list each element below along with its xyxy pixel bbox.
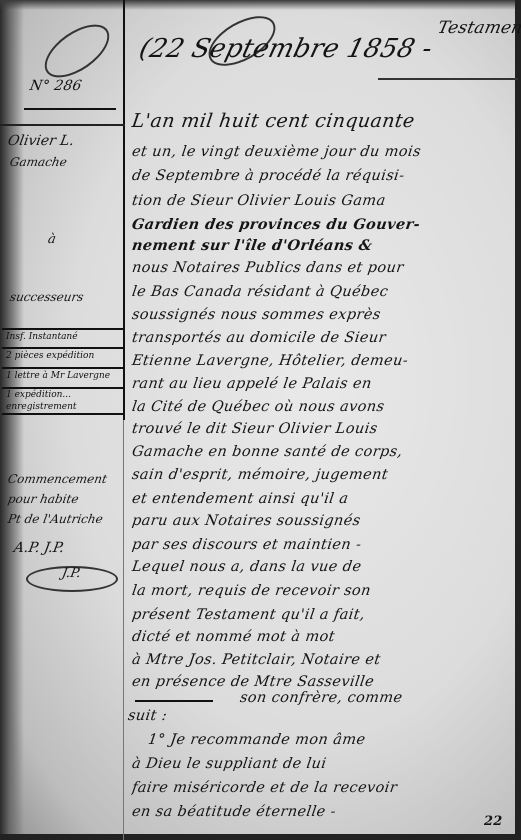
scan-right-edge [515, 0, 521, 840]
initials-1: A.P. J.P. [13, 540, 66, 556]
scan-left-shadow [0, 0, 24, 840]
body-line: Gardien des provinces du Gouver- [131, 216, 513, 233]
act-type: Testament [436, 18, 521, 38]
header-rule [0, 124, 125, 126]
register-box-3: 1 lettre à Mr Lavergne [2, 367, 123, 385]
party-name-line1: Olivier L. [7, 133, 76, 149]
body-line: et un, le vingt deuxième jour du mois [131, 144, 513, 160]
body-line: tion de Sieur Olivier Louis Gama [131, 193, 513, 209]
body-line: en sa béatitude éternelle - [131, 804, 513, 820]
body-line: soussignés nous sommes exprès [131, 307, 513, 323]
body-line: à Mtre Jos. Petitclair, Notaire et [131, 652, 513, 668]
register-box-1: Insf. Instantané [2, 328, 123, 346]
body-line: nous Notaires Publics dans et pour [131, 260, 513, 276]
body-line: 1° Je recommande mon âme [147, 732, 521, 748]
body-line: à Dieu le suppliant de lui [131, 756, 513, 772]
body-line: le Bas Canada résidant à Québec [131, 284, 513, 300]
body-line: paru aux Notaires soussignés [131, 513, 513, 529]
register-box-2: 2 pièces expédition [2, 347, 123, 365]
act-type-underline [378, 78, 518, 80]
body-line: sain d'esprit, mémoire, jugement [131, 467, 513, 483]
flourish-left-top [36, 14, 118, 88]
body-line: Etienne Lavergne, Hôtelier, demeu- [131, 353, 513, 369]
body-line: trouvé le dit Sieur Olivier Louis [131, 421, 513, 437]
initials-2: J.P. [61, 566, 82, 581]
body-line: dicté et nommé mot à mot [131, 629, 513, 645]
body-line: suit : [127, 708, 509, 724]
body-line: présent Testament qu'il a fait, [131, 607, 513, 623]
act-date: (22 Septembre 1858 - [136, 34, 435, 64]
annotation-line2: pour habite [7, 492, 80, 506]
body-line: son confrère, comme [239, 690, 513, 706]
document-page: N° 286 (22 Septembre 1858 - Testament Ol… [0, 0, 521, 840]
party-name-line2: Gamache [9, 155, 68, 169]
scan-bottom-edge [0, 834, 521, 840]
act-number: N° 286 [29, 78, 83, 94]
body-line: la mort, requis de recevoir son [131, 583, 513, 599]
margin-recipient: successeurs [9, 290, 85, 304]
body-line: et entendement ainsi qu'il a [131, 491, 513, 507]
body-line: nement sur l'île d'Orléans & [131, 237, 513, 254]
annotation-line3: Pt de l'Autriche [7, 512, 104, 526]
register-box-4: 1 expédition... enregistrement [2, 387, 123, 415]
body-line: L'an mil huit cent cinquante [130, 110, 513, 132]
body-line: Gamache en bonne santé de corps, [131, 444, 513, 460]
margin-connector: à [47, 232, 57, 247]
body-line: la Cité de Québec où nous avons [131, 399, 513, 415]
body-line: en présence de Mtre Sasseville [131, 674, 513, 690]
body-line: transportés au domicile de Sieur [131, 330, 513, 346]
margin-rule [123, 0, 125, 420]
body-line: par ses discours et maintien - [131, 537, 513, 553]
blank-underline [135, 700, 213, 702]
body-line: faire miséricorde et de la recevoir [131, 780, 513, 796]
body-line: de Septembre à procédé la réquisi- [131, 168, 513, 184]
margin-rule-lower [123, 420, 124, 840]
page-number: 22 [484, 814, 503, 829]
scan-top-shadow [0, 0, 521, 10]
body-line: Lequel nous a, dans la vue de [131, 559, 513, 575]
act-number-underline [24, 108, 116, 110]
annotation-line1: Commencement [7, 472, 108, 486]
body-line: rant au lieu appelé le Palais en [131, 376, 513, 392]
